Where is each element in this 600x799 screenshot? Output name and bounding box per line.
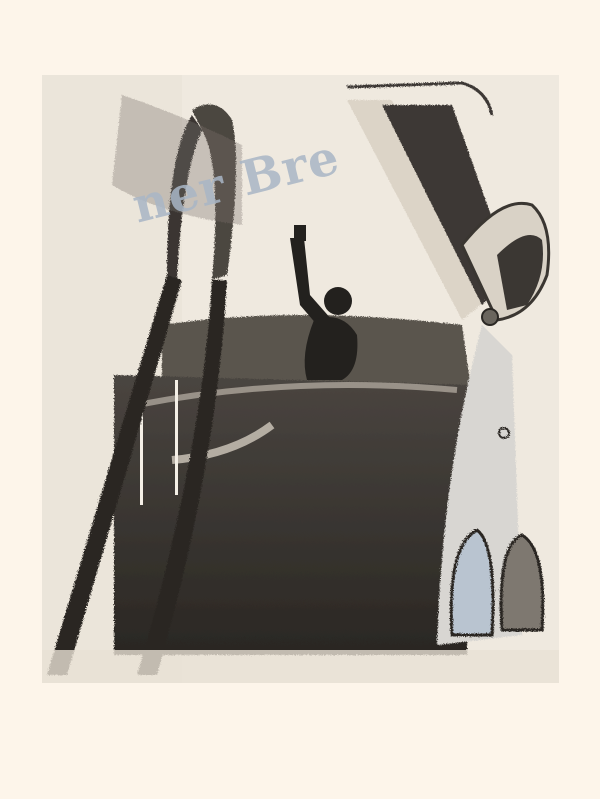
print-plate: ner Bre <box>42 75 559 683</box>
